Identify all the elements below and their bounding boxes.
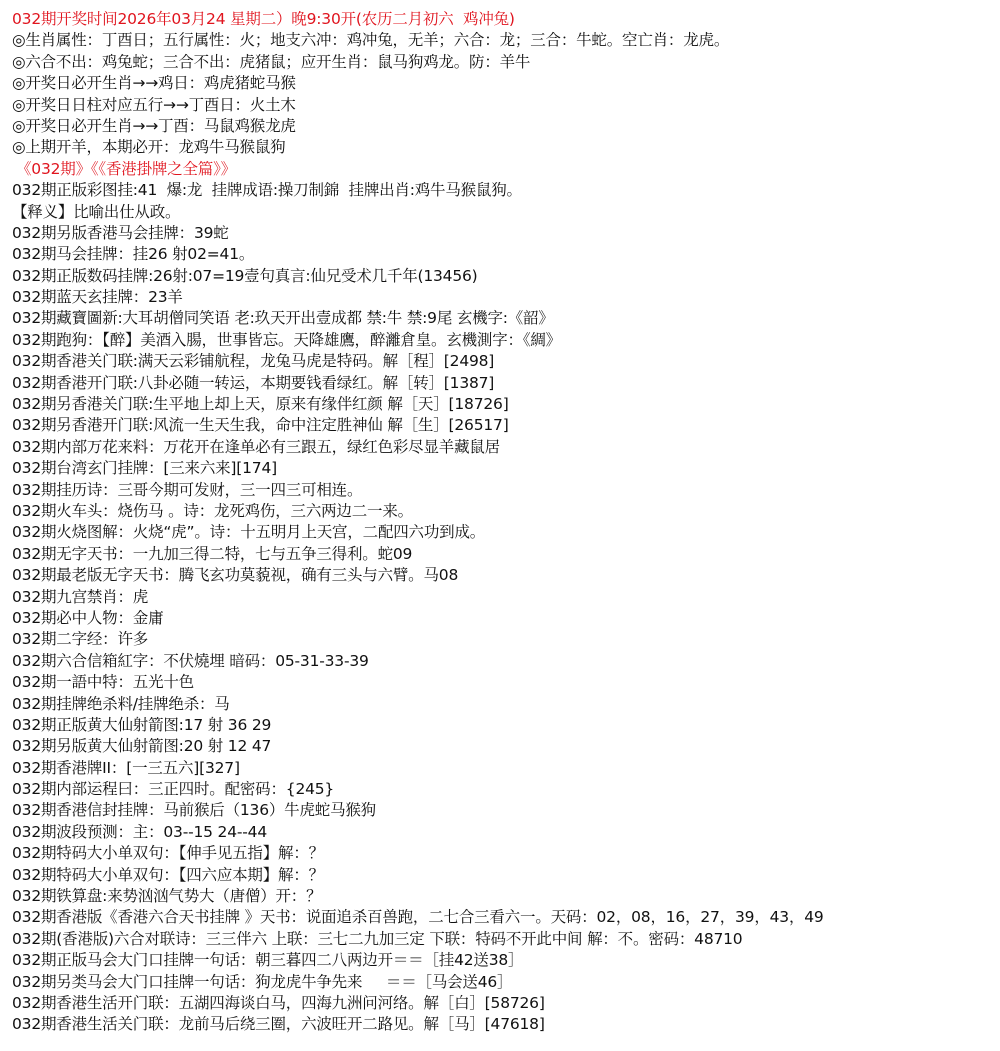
entry-line: 032期火烧图解：火烧“虎”。诗：十五明月上天宫，二配四六功到成。 [12, 522, 1000, 543]
draw-time-header: 032期开奖时间2026年03月24 星期二）晚9:30开(农历二月初六 鸡冲兔… [12, 9, 1000, 30]
entry-line: 032期最老版无字天书：腾飞玄功莫藐视，确有三头与六臂。马08 [12, 565, 1000, 586]
entry-line: 032期香港版《香港六合天书挂牌 》天书：说面追杀百兽跑，二七合三看六一。天码：… [12, 907, 1000, 928]
entry-line: 032期内部运程曰：三正四时。配密码：{245} [12, 779, 1000, 800]
section-title: 《032期》《《香港掛牌之全篇》》 [12, 159, 1000, 180]
entry-line: 032期挂牌绝杀料/挂牌绝杀：马 [12, 694, 1000, 715]
entry-line: 032期马会挂牌：挂26 射02=41。 [12, 244, 1000, 265]
entry-line: 032期特码大小单双句：【伸手见五指】解：？ [12, 843, 1000, 864]
entry-line: 032期无字天书：一九加三得二特，七与五争三得利。蛇09 [12, 544, 1000, 565]
entry-line: 032期另类马会大门口挂牌一句话：狗龙虎牛争先来 ＝＝［马会送46］ [12, 972, 1000, 993]
entry-line: 032期六合信箱紅字：不伏燒埋 暗码：05-31-33-39 [12, 651, 1000, 672]
attribute-line: ◎开奖日必开生肖→→丁酉：马鼠鸡猴龙虎 [12, 116, 1000, 137]
entry-line: 032期挂历诗：三哥今期可发财，三一四三可相连。 [12, 480, 1000, 501]
entry-line: 032期另版黄大仙射箭图:20 射 12 47 [12, 736, 1000, 757]
attribute-line: ◎六合不出：鸡兔蛇；三合不出：虎猪鼠；应开生肖：鼠马狗鸡龙。防：羊牛 [12, 52, 1000, 73]
document-page: 032期开奖时间2026年03月24 星期二）晚9:30开(农历二月初六 鸡冲兔… [0, 0, 1000, 1036]
entry-line: 032期九宫禁肖：虎 [12, 587, 1000, 608]
entry-line: 032期必中人物：金庸 [12, 608, 1000, 629]
entry-line: 032期另香港关门联:生平地上却上天，原来有缘伴红颜 解［天］[18726] [12, 394, 1000, 415]
attribute-line: ◎开奖日日柱对应五行→→丁酉日：火土木 [12, 95, 1000, 116]
attributes-block: ◎生肖属性：丁酉日；五行属性：火；地支六冲：鸡冲兔，无羊；六合：龙；三合：牛蛇。… [12, 30, 1000, 158]
entry-line: 032期另版香港马会挂牌：39蛇 [12, 223, 1000, 244]
entry-line: 032期香港生活关门联：龙前马后绕三圈，六波旺开二路见。解［马］[47618] [12, 1014, 1000, 1035]
entry-line: 032期波段预测：主：03--15 24--44 [12, 822, 1000, 843]
entry-line: 032期香港开门联:八卦必随一转运，本期要钱看绿红。解［转］[1387] [12, 373, 1000, 394]
entry-line: 032期另香港开门联:风流一生天生我，命中注定胜神仙 解［生］[26517] [12, 415, 1000, 436]
entry-line: 【释义】比喻出仕从政。 [12, 202, 1000, 223]
entry-line: 032期台湾玄门挂牌：[三来六来][174] [12, 458, 1000, 479]
attribute-line: ◎开奖日必开生肖→→鸡日：鸡虎猪蛇马猴 [12, 73, 1000, 94]
entry-line: 032期蓝天玄挂牌：23羊 [12, 287, 1000, 308]
entry-line: 032期正版黄大仙射箭图:17 射 36 29 [12, 715, 1000, 736]
entry-line: 032期一語中特：五光十色 [12, 672, 1000, 693]
entry-line: 032期香港生活开门联：五湖四海谈白马，四海九洲问河络。解［白］[58726] [12, 993, 1000, 1014]
entry-line: 032期内部万花来料：万花开在逢单必有三跟五，绿红色彩尽显羊藏鼠居 [12, 437, 1000, 458]
entry-line: 032期跑狗：【醉】美酒入腸，世事皆忘。天降雄鷹，醉灕倉皇。玄機測字：《綢》 [12, 330, 1000, 351]
attribute-line: ◎生肖属性：丁酉日；五行属性：火；地支六冲：鸡冲兔，无羊；六合：龙；三合：牛蛇。… [12, 30, 1000, 51]
entry-line: 032期(香港版)六合对联诗：三三伴六 上联：三七二九加三定 下联：特码不开此中… [12, 929, 1000, 950]
entry-line: 032期正版马会大门口挂牌一句话：朝三暮四二八两边开＝＝［挂42送38］ [12, 950, 1000, 971]
entry-line: 032期香港信封挂牌：马前猴后（136）牛虎蛇马猴狗 [12, 800, 1000, 821]
entry-line: 032期香港牌II：[一三五六][327] [12, 758, 1000, 779]
entries-block: 032期正版彩图挂:41 爆:龙 挂牌成语:操刀制錦 挂牌出肖:鸡牛马猴鼠狗。 … [12, 180, 1000, 1036]
entry-line: 032期正版彩图挂:41 爆:龙 挂牌成语:操刀制錦 挂牌出肖:鸡牛马猴鼠狗。 [12, 180, 1000, 201]
entry-line: 032期特码大小单双句：【四六应本期】解：？ [12, 865, 1000, 886]
entry-line: 032期正版数码挂牌:26射:07=19壹句真言:仙兄受术几千年(13456) [12, 266, 1000, 287]
attribute-line: ◎上期开羊，本期必开：龙鸡牛马猴鼠狗 [12, 137, 1000, 158]
entry-line: 032期火车头：烧伤马 。诗：龙死鸡伤，三六两边二一来。 [12, 501, 1000, 522]
entry-line: 032期香港关门联:满天云彩铺航程，龙兔马虎是特码。解［程］[2498] [12, 351, 1000, 372]
entry-line: 032期藏寶圖新:大耳胡僧同笑语 老:玖天开出壹成都 禁:牛 禁:9尾 玄機字:… [12, 308, 1000, 329]
entry-line: 032期铁算盘:来势汹汹气势大（唐僧）开：？ [12, 886, 1000, 907]
entry-line: 032期二字经：许多 [12, 629, 1000, 650]
